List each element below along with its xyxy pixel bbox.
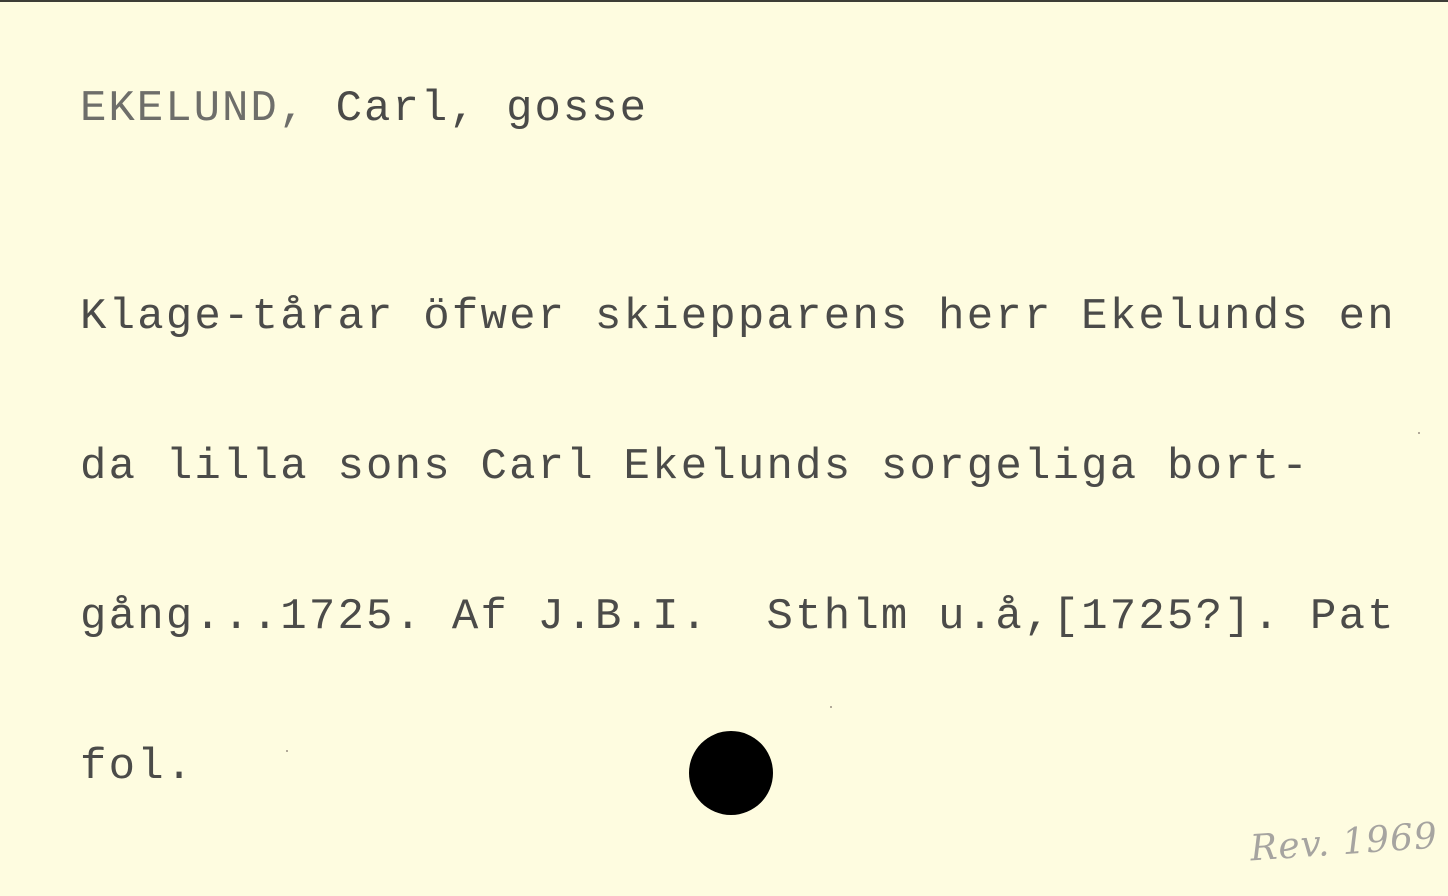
description-line: gång...1725. Af J.B.I. Sthlm u.å,[1725?]…: [80, 592, 1396, 642]
catalog-card: EKELUND, Carl, gosse Klage-tårar öfwer s…: [0, 0, 1448, 896]
paper-speck: [830, 706, 832, 708]
paper-speck: [286, 750, 288, 752]
heading-given-name: Carl, gosse: [307, 84, 648, 134]
punch-hole-dot: [689, 731, 773, 815]
paper-speck: [1418, 432, 1420, 434]
card-heading: EKELUND, Carl, gosse: [80, 84, 648, 134]
description-line: da lilla sons Carl Ekelunds sorgeliga bo…: [80, 442, 1396, 492]
heading-surname: EKELUND,: [80, 84, 307, 134]
description-line: Klage-tårar öfwer skiepparens herr Ekelu…: [80, 292, 1396, 342]
